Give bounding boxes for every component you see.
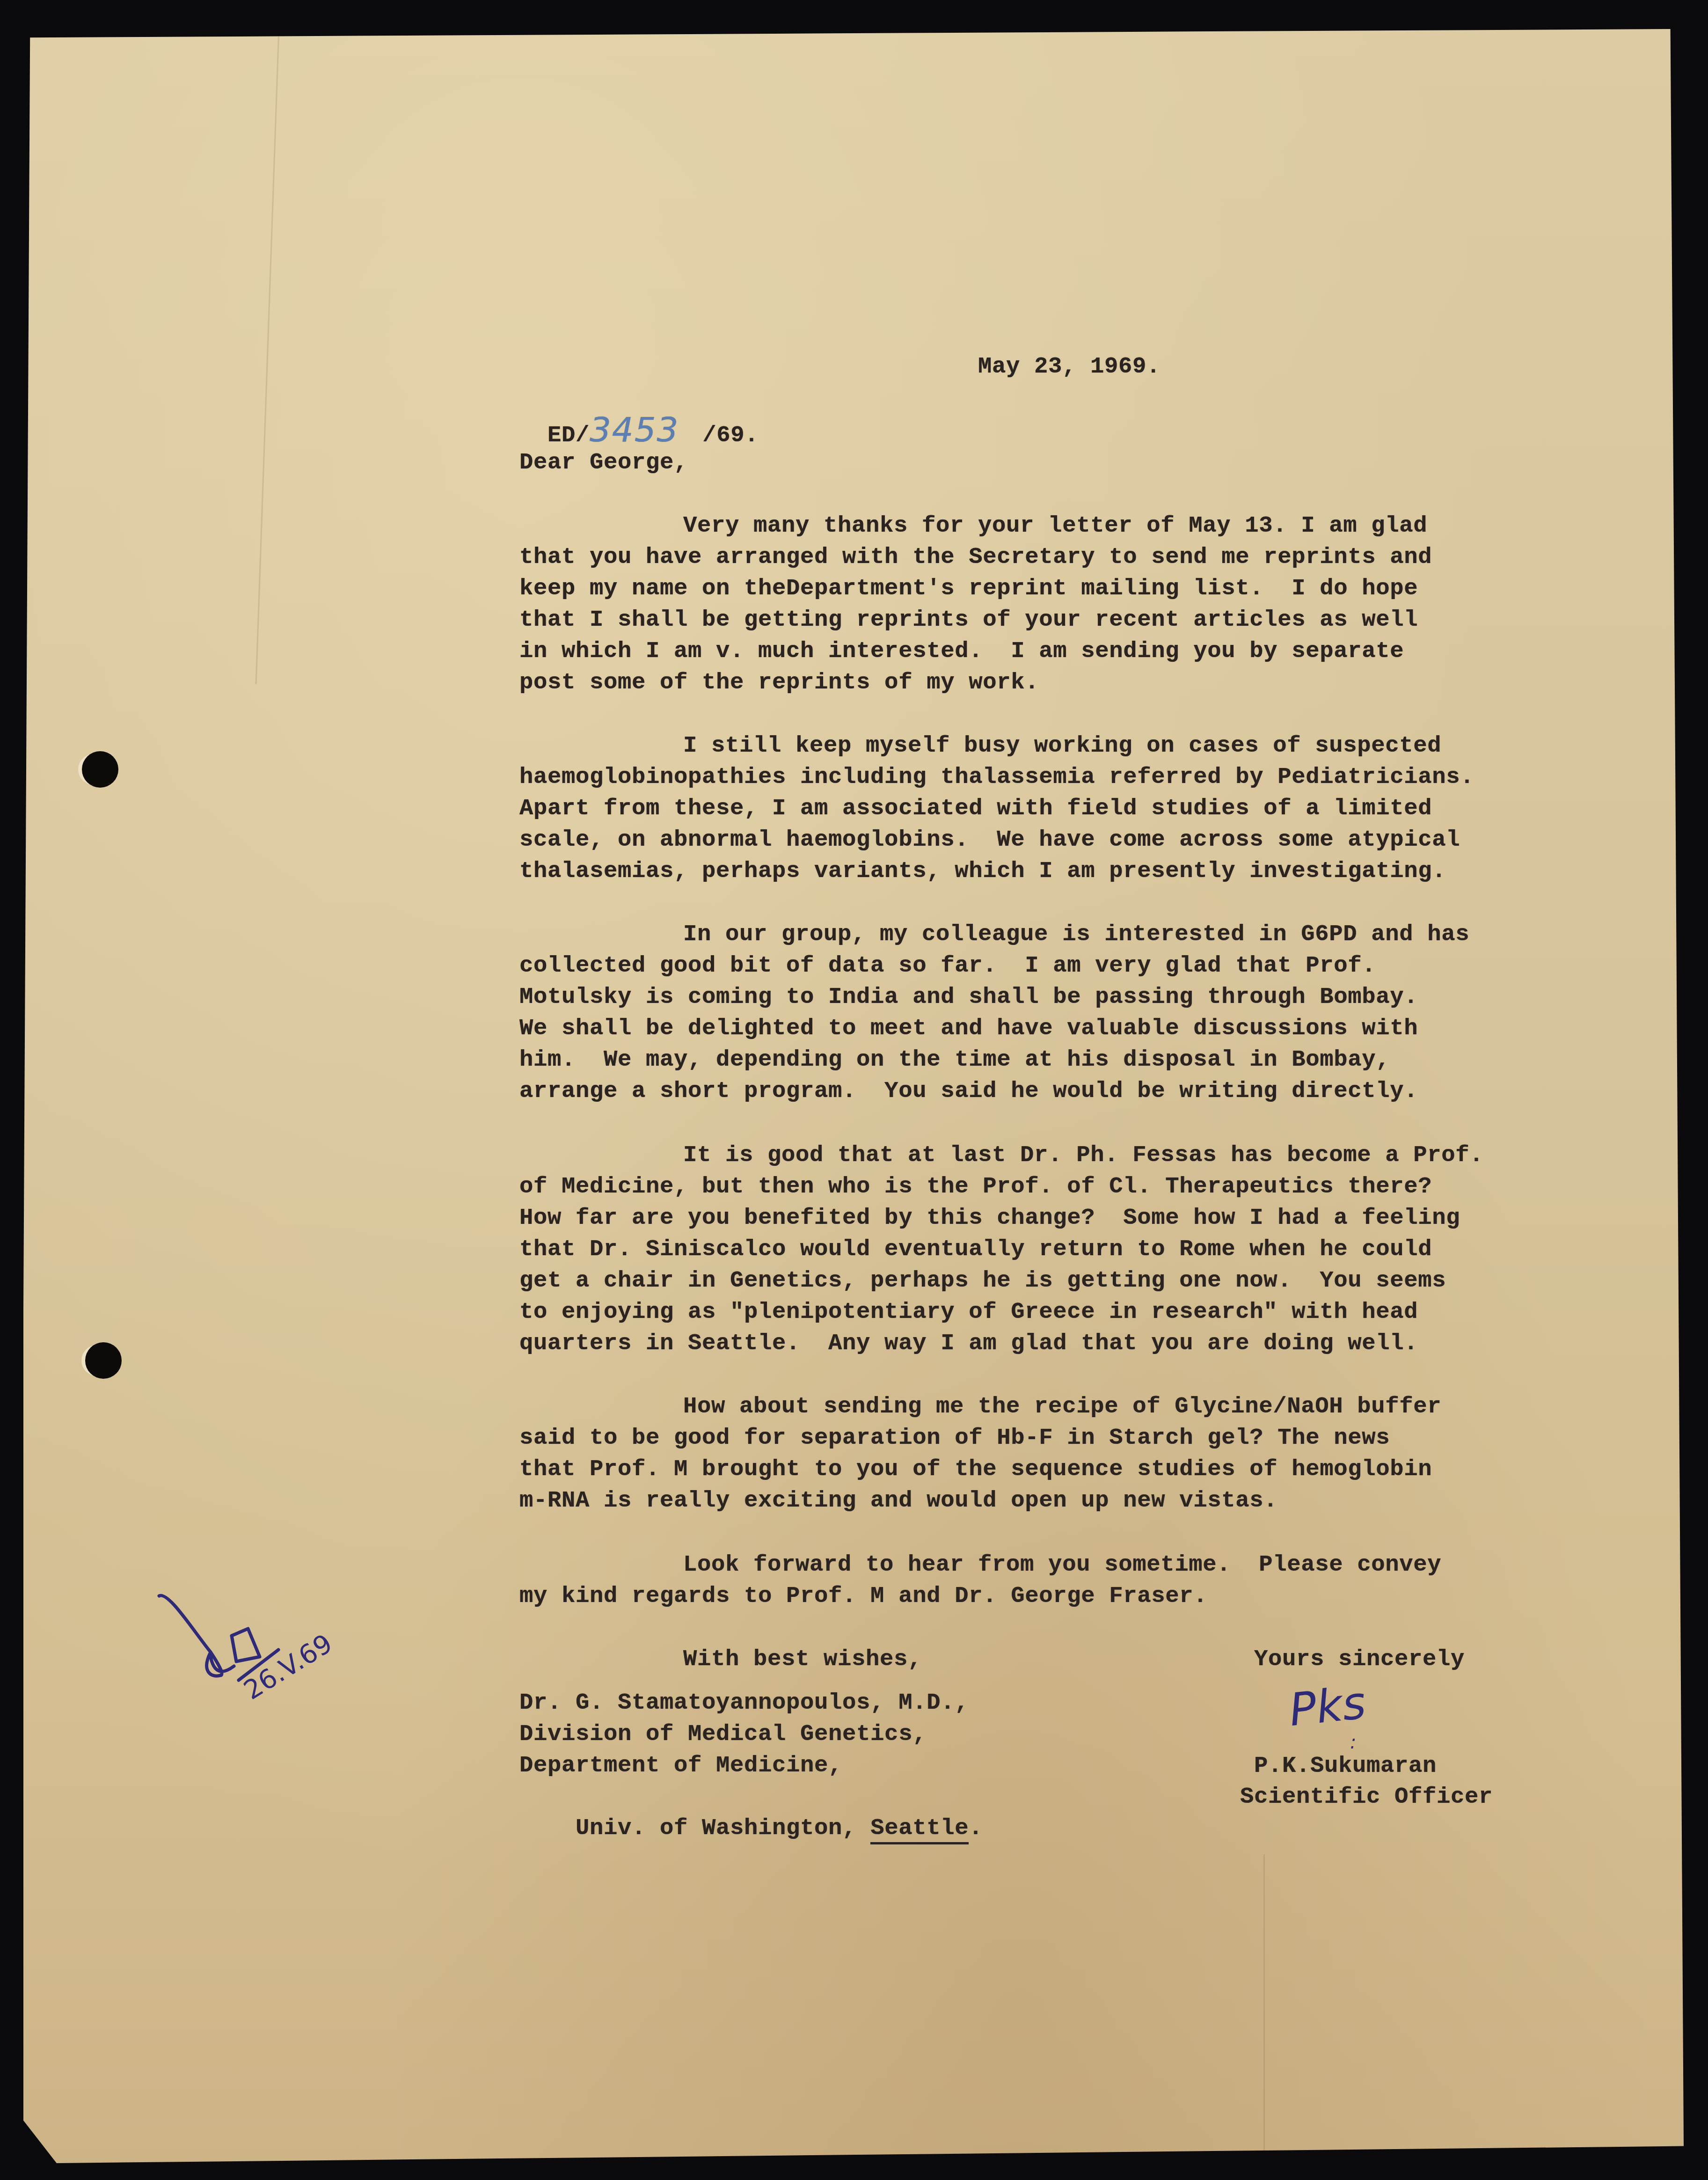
address-prefix: Univ. of Washington, xyxy=(576,1815,870,1841)
paragraph-line: We shall be delighted to meet and have v… xyxy=(519,1013,1418,1044)
paragraph-line: keep my name on theDepartment's reprint … xyxy=(519,573,1418,604)
paragraph-line: How far are you benefited by this change… xyxy=(519,1202,1460,1234)
paragraph-line: arrange a short program. You said he wou… xyxy=(519,1075,1418,1107)
paragraph-line: in which I am v. much interested. I am s… xyxy=(519,636,1404,667)
paragraph-line: Very many thanks for your letter of May … xyxy=(683,510,1427,541)
reference-handwritten-number: 3453 xyxy=(590,410,679,449)
closing-right: Yours sincerely xyxy=(1254,1644,1465,1675)
paragraph-line: It is good that at last Dr. Ph. Fessas h… xyxy=(683,1140,1483,1171)
paragraph-line: m-RNA is really exciting and would open … xyxy=(519,1485,1277,1516)
paragraph-line: get a chair in Genetics, perhaps he is g… xyxy=(519,1265,1446,1296)
address-line: Department of Medicine, xyxy=(519,1750,842,1781)
paragraph-line: How about sending me the recipe of Glyci… xyxy=(683,1391,1441,1422)
paragraph-line: thalasemias, perhaps variants, which I a… xyxy=(519,856,1446,887)
letter-date: May 23, 1969. xyxy=(978,351,1161,382)
paragraph-line: Look forward to hear from you sometime. … xyxy=(683,1549,1441,1580)
paragraph-line: collected good bit of data so far. I am … xyxy=(519,950,1376,981)
paragraph-line: Motulsky is coming to India and shall be… xyxy=(519,981,1418,1013)
paragraph-line: said to be good for separation of Hb-F i… xyxy=(519,1422,1390,1454)
paragraph-line: I still keep myself busy working on case… xyxy=(683,730,1441,761)
reference-number: ED/3453/69. xyxy=(519,383,759,451)
paragraph-line: my kind regards to Prof. M and Dr. Georg… xyxy=(519,1580,1207,1612)
address-line: Division of Medical Genetics, xyxy=(519,1719,927,1750)
address-line: Dr. G. Stamatoyannopoulos, M.D., xyxy=(519,1687,969,1719)
paragraph-line: that Prof. M brought to you of the seque… xyxy=(519,1454,1432,1485)
paragraph-line: that I shall be getting reprints of your… xyxy=(519,604,1418,636)
signatory-name: P.K.Sukumaran xyxy=(1254,1750,1437,1782)
paragraph-line: quarters in Seattle. Any way I am glad t… xyxy=(519,1328,1418,1359)
paragraph-line: Apart from these, I am associated with f… xyxy=(519,793,1432,824)
paper-crease xyxy=(255,29,280,684)
reference-prefix: ED/ xyxy=(547,422,590,448)
handwritten-annotation: 26.V.69 xyxy=(154,1587,351,1746)
salutation: Dear George, xyxy=(519,447,688,478)
punch-hole-bottom xyxy=(85,1342,122,1379)
signatory-title: Scientific Officer xyxy=(1240,1781,1493,1813)
address-city: Seattle xyxy=(870,1815,969,1844)
paragraph-line: of Medicine, but then who is the Prof. o… xyxy=(519,1171,1432,1202)
paragraph-line: post some of the reprints of my work. xyxy=(519,667,1039,698)
paragraph-line: that you have arranged with the Secretar… xyxy=(519,541,1432,573)
paragraph-line: In our group, my colleague is interested… xyxy=(683,919,1469,950)
paragraph-line: to enjoying as "plenipotentiary of Greec… xyxy=(519,1296,1418,1328)
paragraph-line: that Dr. Siniscalco would eventually ret… xyxy=(519,1234,1432,1265)
punch-hole-top xyxy=(82,751,118,788)
paragraph-line: haemoglobinopathies including thalassemi… xyxy=(519,761,1474,793)
address-line: Univ. of Washington, Seattle. xyxy=(519,1781,983,1875)
paragraph-line: him. We may, depending on the time at hi… xyxy=(519,1044,1390,1075)
handwritten-signature: Pks xyxy=(1287,1676,1368,1736)
reference-suffix: /69. xyxy=(702,422,759,448)
paragraph-line: scale, on abnormal haemoglobins. We have… xyxy=(519,824,1460,856)
paper-crease xyxy=(1263,1854,1265,2158)
closing-left: With best wishes, xyxy=(683,1644,922,1675)
address-suffix: . xyxy=(969,1815,983,1841)
